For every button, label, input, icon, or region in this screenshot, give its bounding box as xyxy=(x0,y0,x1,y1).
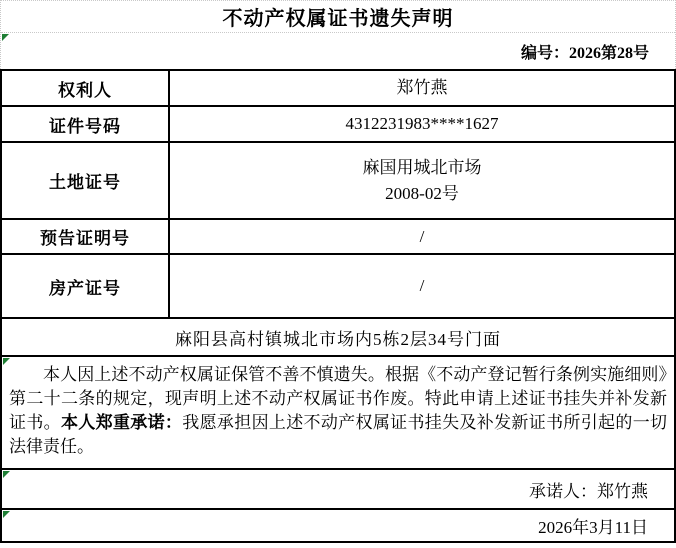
field-row-advance-notice-cert: 预告证明号 / xyxy=(2,220,674,255)
field-row-id-number: 证件号码 4312231983****1627 xyxy=(2,107,674,143)
address-row: 麻阳县高村镇城北市场内5栋2层34号门面 xyxy=(2,319,674,357)
document-header: 不动产权属证书遗失声明 编号：2026第28号 xyxy=(0,0,676,69)
document-title: 不动产权属证书遗失声明 xyxy=(1,1,675,33)
house-cert-label: 房产证号 xyxy=(2,255,170,317)
house-cert-value: / xyxy=(170,255,674,317)
right-holder-value: 郑竹燕 xyxy=(170,71,674,105)
id-number-label: 证件号码 xyxy=(2,107,170,141)
declaration-row: 本人因上述不动产权属证保管不善不慎遗失。根据《不动产登记暂行条例实施细则》第二十… xyxy=(2,357,674,470)
field-row-right-holder: 权利人 郑竹燕 xyxy=(2,71,674,107)
land-cert-value-line1: 麻国用城北市场 xyxy=(363,155,482,181)
property-address: 麻阳县高村镇城北市场内5栋2层34号门面 xyxy=(2,319,674,355)
right-holder-label: 权利人 xyxy=(2,71,170,105)
land-cert-value: 麻国用城北市场 2008-02号 xyxy=(170,143,674,218)
declaration-table: 权利人 郑竹燕 证件号码 4312231983****1627 土地证号 麻国用… xyxy=(0,69,676,543)
promisor-row: 承诺人：郑竹燕 xyxy=(2,470,674,510)
cell-comment-triangle-icon xyxy=(2,34,9,41)
date-row: 2026年3月11日 xyxy=(2,510,674,541)
serial-row: 编号：2026第28号 xyxy=(1,33,675,69)
loss-declaration-document: 不动产权属证书遗失声明 编号：2026第28号 权利人 郑竹燕 证件号码 431… xyxy=(0,0,676,548)
advance-notice-cert-value: / xyxy=(170,220,674,253)
id-number-value: 4312231983****1627 xyxy=(170,107,674,141)
land-cert-value-line2: 2008-02号 xyxy=(385,181,459,207)
serial-number: 编号：2026第28号 xyxy=(521,40,649,63)
land-cert-label: 土地证号 xyxy=(2,143,170,218)
advance-notice-cert-label: 预告证明号 xyxy=(2,220,170,253)
field-row-land-cert: 土地证号 麻国用城北市场 2008-02号 xyxy=(2,143,674,220)
declaration-text: 本人因上述不动产权属证保管不善不慎遗失。根据《不动产登记暂行条例实施细则》第二十… xyxy=(2,357,674,468)
declaration-date: 2026年3月11日 xyxy=(2,510,674,541)
declaration-promise-bold: 本人郑重承诺： xyxy=(61,413,182,432)
promisor-name: 承诺人：郑竹燕 xyxy=(2,470,674,508)
field-row-house-cert: 房产证号 / xyxy=(2,255,674,319)
